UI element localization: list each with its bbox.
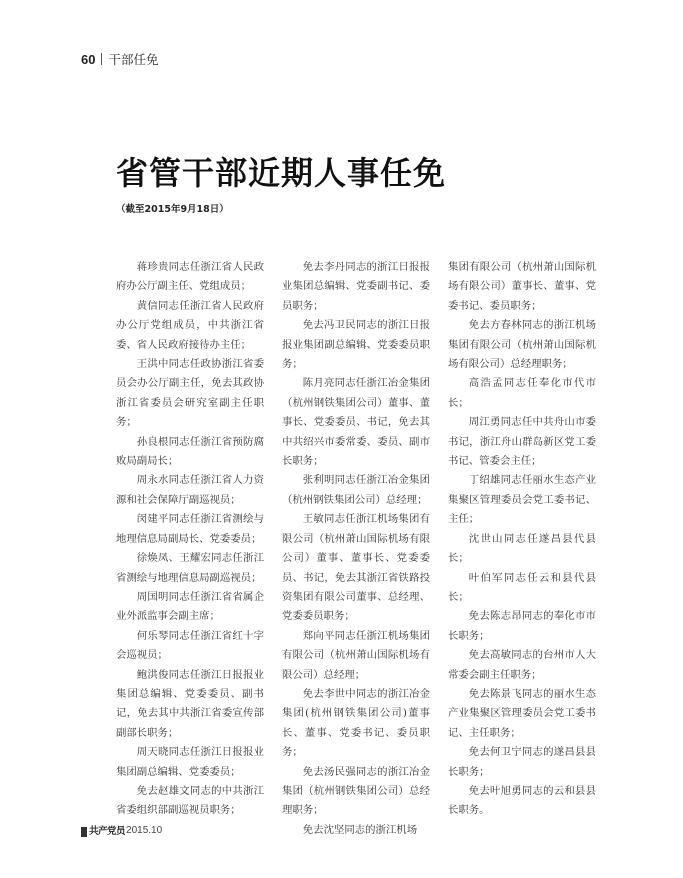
paragraph: 闵建平同志任浙江省测绘与地理信息局副局长、党委委员； <box>116 510 264 549</box>
paragraph: 免去沈坚同志的浙江机场 <box>282 821 430 840</box>
paragraph: 蒋珍贵同志任浙江省人民政府办公厅副主任、党组成员； <box>116 258 264 297</box>
paragraph: 王洪中同志任政协浙江省委员会办公厅副主任，免去其政协浙江省委员会研究室副主任职务… <box>116 355 264 433</box>
paragraph: 高浩孟同志任奉化市代市长； <box>448 374 596 413</box>
article-subtitle: （截至2015年9月18日） <box>116 201 229 215</box>
paragraph-continuation: 集团有限公司（杭州萧山国际机场有限公司）董事长、董事、党委书记、委员职务； <box>448 258 596 316</box>
page-header: 60 干部任免 <box>81 50 158 68</box>
column-2: 免去李丹同志的浙江日报报业集团总编辑、党委副书记、委员职务； 免去冯卫民同志的浙… <box>282 258 430 840</box>
paragraph: 免去高敏同志的台州市人大常委会副主任职务； <box>448 646 596 685</box>
paragraph: 周江勇同志任中共舟山市委书记，浙江舟山群岛新区党工委书记、管委会主任； <box>448 413 596 471</box>
paragraph: 免去李丹同志的浙江日报报业集团总编辑、党委副书记、委员职务； <box>282 258 430 316</box>
magazine-name: 共产党员 <box>89 826 125 837</box>
page-footer: 共产党员 2015.10 <box>81 823 162 837</box>
paragraph: 何乐琴同志任浙江省红十字会巡视员； <box>116 627 264 666</box>
paragraph: 免去冯卫民同志的浙江日报报业集团副总编辑、党委委员职务； <box>282 316 430 374</box>
paragraph: 陈月亮同志任浙江冶金集团（杭州钢铁集团公司）董事、董事长、党委委员、书记，免去其… <box>282 374 430 471</box>
article-title: 省管干部近期人事任免 <box>116 148 446 194</box>
paragraph: 免去陈志昂同志的奉化市市长职务； <box>448 607 596 646</box>
paragraph: 徐焕凤、王耀宏同志任浙江省测绘与地理信息局副巡视员； <box>116 549 264 588</box>
paragraph: 免去叶旭勇同志的云和县县长职务。 <box>448 782 596 821</box>
paragraph: 郑向平同志任浙江机场集团有限公司（杭州萧山国际机场有限公司）总经理； <box>282 627 430 685</box>
paragraph: 鲍洪俊同志任浙江日报报业集团总编辑、党委委员、副书记，免去其中共浙江省委宣传部副… <box>116 666 264 744</box>
paragraph: 周永水同志任浙江省人力资源和社会保障厅副巡视员； <box>116 471 264 510</box>
header-divider <box>101 53 102 65</box>
paragraph: 沈世山同志任遂昌县代县长； <box>448 530 596 569</box>
paragraph: 免去何卫宁同志的遂昌县县长职务； <box>448 743 596 782</box>
paragraph: 王敏同志任浙江机场集团有限公司（杭州萧山国际机场有限公司）董事、董事长、党委委员… <box>282 510 430 626</box>
paragraph: 叶伯军同志任云和县代县长； <box>448 569 596 608</box>
paragraph: 黄信同志任浙江省人民政府办公厅党组成员，中共浙江省委、省人民政府接待办主任； <box>116 297 264 355</box>
paragraph: 免去方春林同志的浙江机场集团有限公司（杭州萧山国际机场有限公司）总经理职务； <box>448 316 596 374</box>
page-number: 60 <box>81 52 95 67</box>
paragraph: 周天晓同志任浙江日报报业集团副总编辑、党委委员； <box>116 743 264 782</box>
paragraph: 丁绍雄同志任丽水生态产业集聚区管理委员会党工委书记、主任； <box>448 471 596 529</box>
paragraph: 周国明同志任浙江省省属企业外派监事会副主席； <box>116 588 264 627</box>
paragraph: 孙良根同志任浙江省预防腐败局副局长； <box>116 433 264 472</box>
issue-number: 2015.10 <box>126 825 162 836</box>
section-label: 干部任免 <box>108 50 158 68</box>
paragraph: 免去赵雄文同志的中共浙江省委组织部副巡视员职务； <box>116 782 264 821</box>
article-body: 蒋珍贵同志任浙江省人民政府办公厅副主任、党组成员； 黄信同志任浙江省人民政府办公… <box>116 258 596 840</box>
magazine-logo: 共产党员 <box>81 823 125 837</box>
paragraph: 免去李世中同志的浙江冶金集团(杭州钢铁集团公司)董事长、董事、党委书记、委员职务… <box>282 685 430 763</box>
column-3: 集团有限公司（杭州萧山国际机场有限公司）董事长、董事、党委书记、委员职务； 免去… <box>448 258 596 840</box>
paragraph: 免去陈景飞同志的丽水生态产业集聚区管理委员会党工委书记、主任职务； <box>448 685 596 743</box>
column-1: 蒋珍贵同志任浙江省人民政府办公厅副主任、党组成员； 黄信同志任浙江省人民政府办公… <box>116 258 264 840</box>
logo-mark-icon <box>81 827 87 837</box>
paragraph: 免去汤民强同志的浙江冶金集团（杭州钢铁集团公司）总经理职务； <box>282 763 430 821</box>
paragraph: 张利明同志任浙江冶金集团（杭州钢铁集团公司）总经理； <box>282 471 430 510</box>
